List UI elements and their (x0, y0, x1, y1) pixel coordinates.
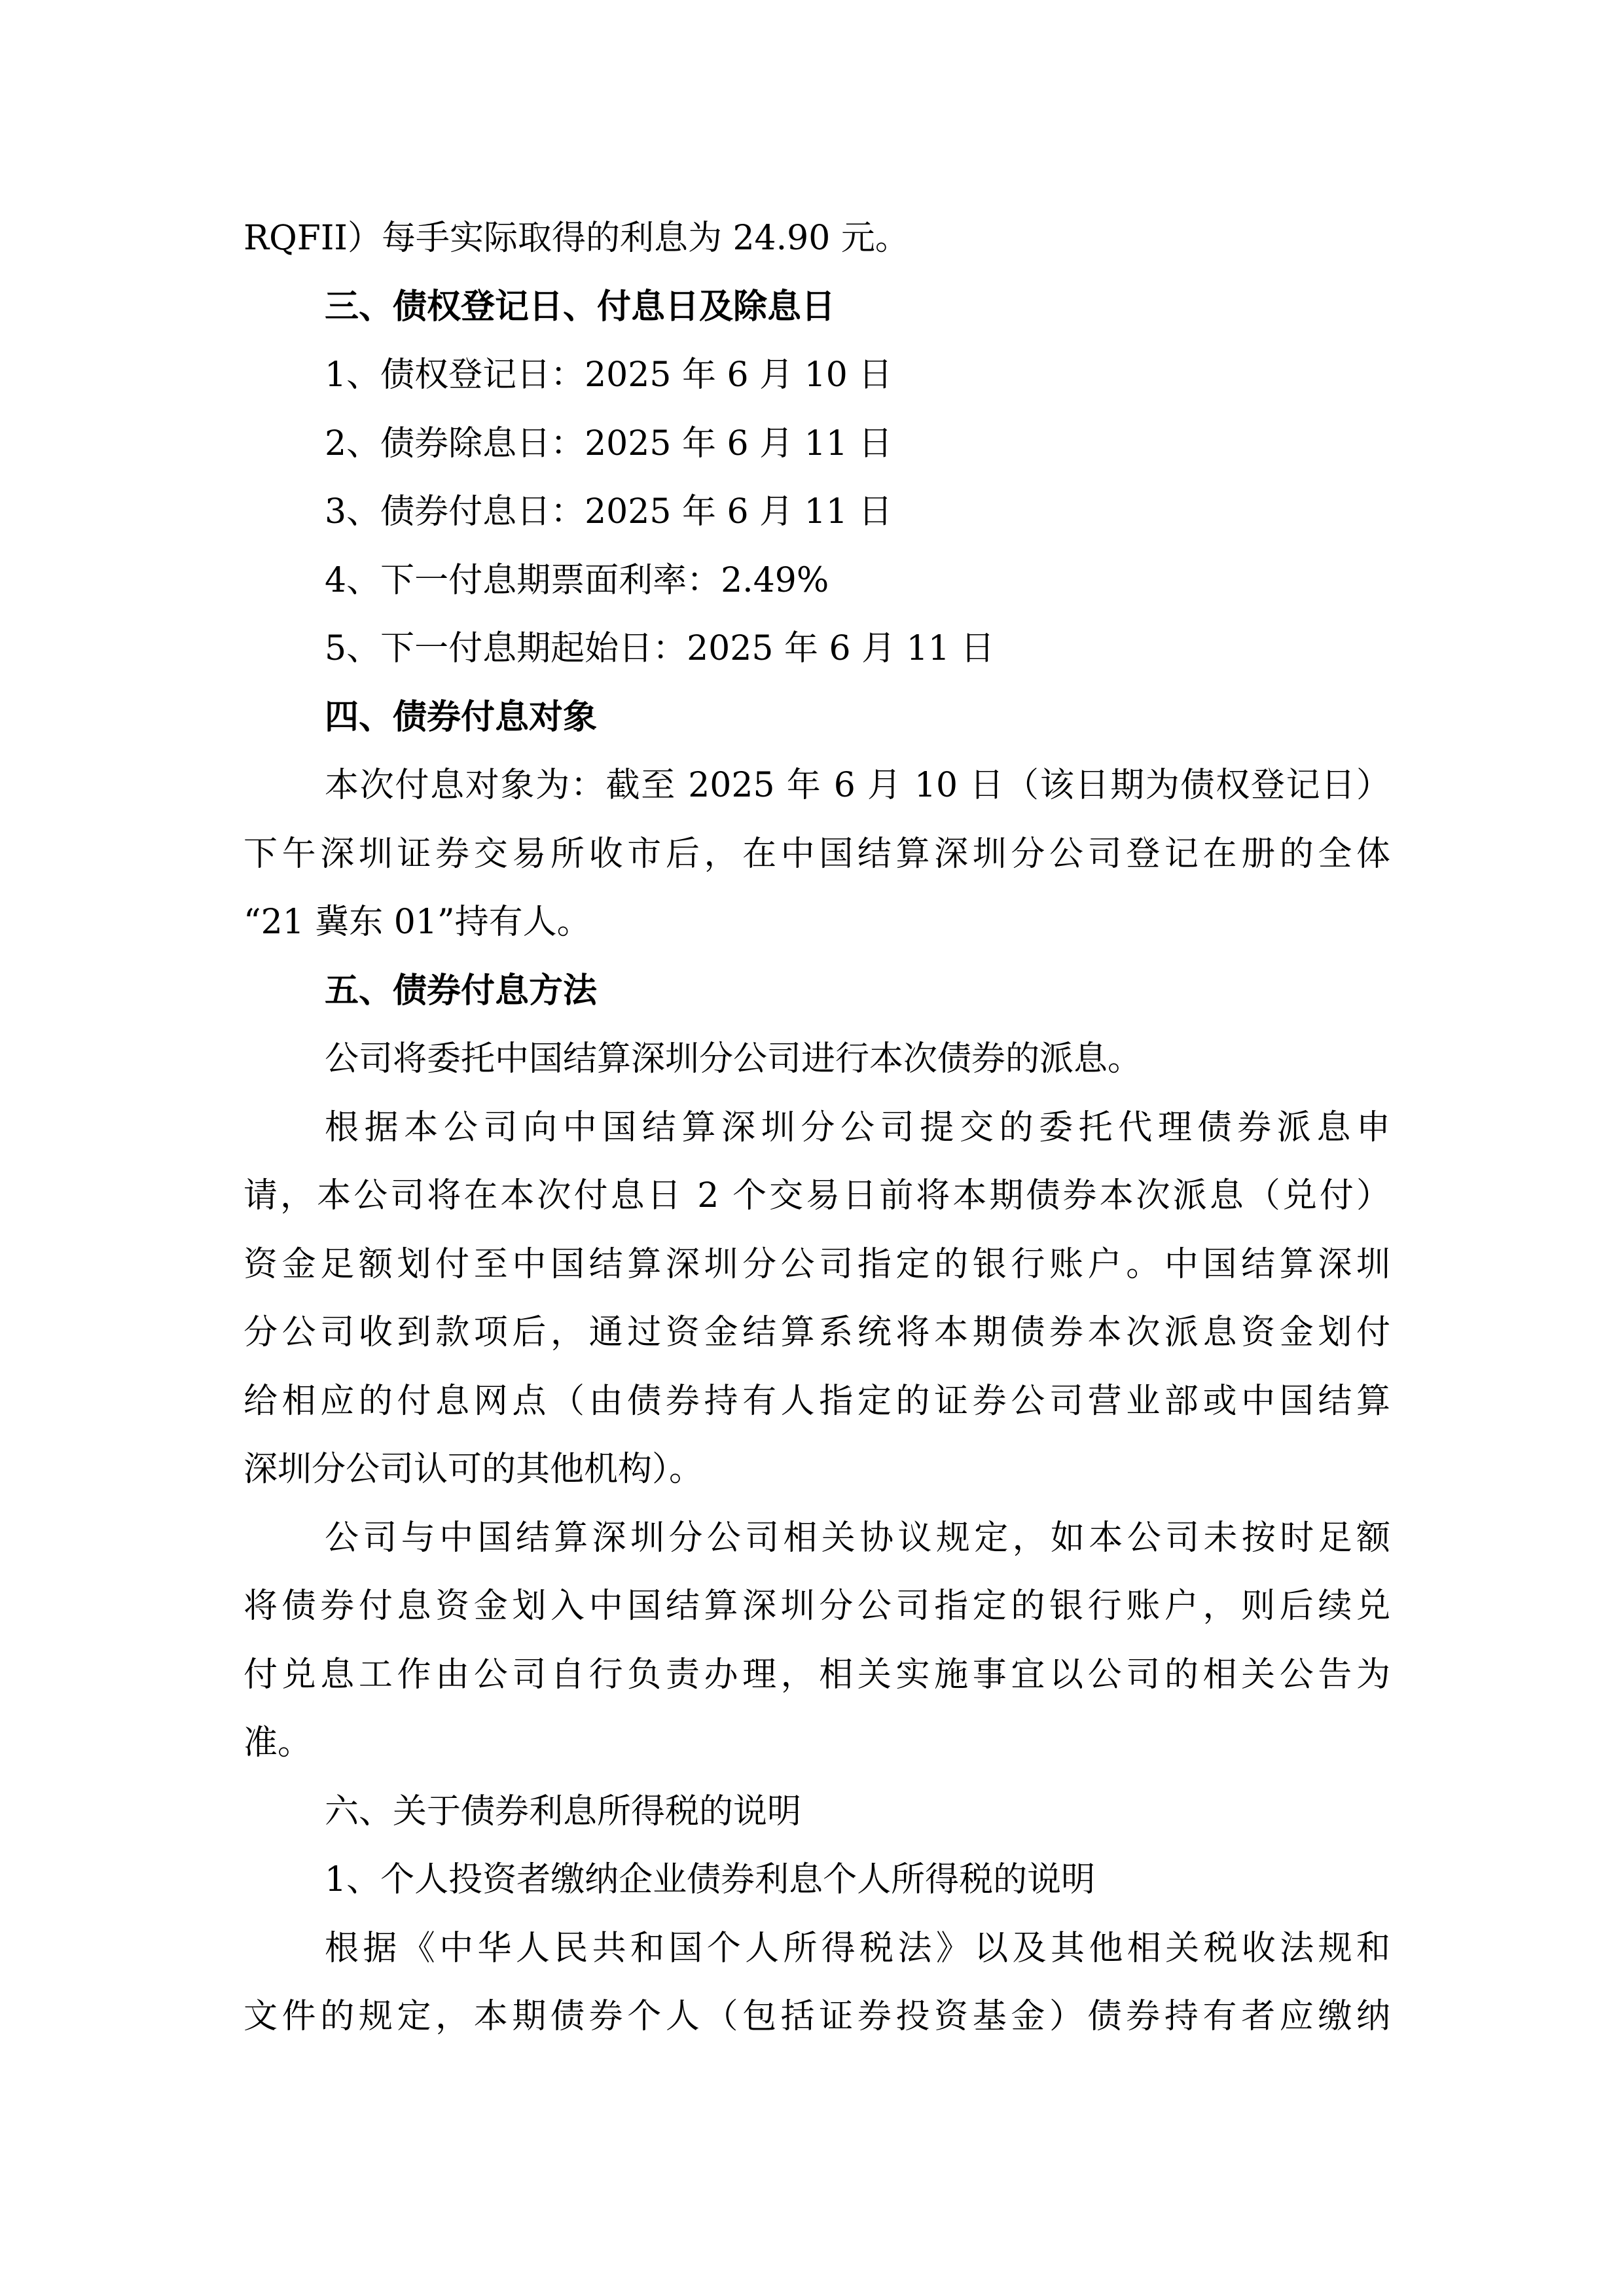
section-6-heading: 六、关于债券利息所得税的说明 (244, 1778, 1390, 1846)
section-3-item-3: 3、债券付息日：2025 年 6 月 11 日 (244, 478, 1390, 547)
section-6-paragraph-line: 根据《中华人民共和国个人所得税法》以及其他相关税收法规和 (244, 1914, 1390, 1983)
section-5-paragraph-3-line: 付兑息工作由公司自行负责办理，相关实施事宜以公司的相关公告为 (244, 1641, 1390, 1710)
continuation-line: RQFII）每手实际取得的利息为 24.90 元。 (244, 204, 1390, 273)
section-4-heading: 四、债券付息对象 (244, 683, 1390, 752)
document-page: RQFII）每手实际取得的利息为 24.90 元。 三、债权登记日、付息日及除息… (244, 204, 1390, 2051)
section-5-paragraph-2-line: 分公司收到款项后，通过资金结算系统将本期债券本次派息资金划付 (244, 1299, 1390, 1367)
section-5-heading: 五、债券付息方法 (244, 957, 1390, 1026)
section-5-paragraph-2-line: 给相应的付息网点（由债券持有人指定的证券公司营业部或中国结算 (244, 1367, 1390, 1436)
section-6-paragraph-line: 文件的规定，本期债券个人（包括证券投资基金）债券持有者应缴纳 (244, 1982, 1390, 2051)
section-5-paragraph-3-line: 准。 (244, 1709, 1390, 1778)
section-6-subheading: 1、个人投资者缴纳企业债券利息个人所得税的说明 (244, 1846, 1390, 1914)
section-5-paragraph-2-line: 根据本公司向中国结算深圳分公司提交的委托代理债券派息申 (244, 1094, 1390, 1162)
section-5-paragraph-2-line: 请，本公司将在本次付息日 2 个交易日前将本期债券本次派息（兑付） (244, 1162, 1390, 1230)
section-3-item-2: 2、债券除息日：2025 年 6 月 11 日 (244, 410, 1390, 478)
section-3-item-5: 5、下一付息期起始日：2025 年 6 月 11 日 (244, 615, 1390, 683)
section-4-paragraph-line: 本次付息对象为：截至 2025 年 6 月 10 日（该日期为债权登记日） (244, 751, 1390, 820)
section-3-heading: 三、债权登记日、付息日及除息日 (244, 273, 1390, 342)
section-5-paragraph-2-line: 深圳分公司认可的其他机构）。 (244, 1435, 1390, 1504)
section-4-paragraph-line: “21 冀东 01”持有人。 (244, 888, 1390, 957)
section-5-paragraph-3-line: 公司与中国结算深圳分公司相关协议规定，如本公司未按时足额 (244, 1504, 1390, 1573)
section-4-paragraph-line: 下午深圳证券交易所收市后，在中国结算深圳分公司登记在册的全体 (244, 820, 1390, 889)
section-3-item-1: 1、债权登记日：2025 年 6 月 10 日 (244, 341, 1390, 410)
section-3-item-4: 4、下一付息期票面利率：2.49% (244, 547, 1390, 615)
section-5-paragraph-3-line: 将债券付息资金划入中国结算深圳分公司指定的银行账户，则后续兑 (244, 1572, 1390, 1641)
section-5-paragraph-2-line: 资金足额划付至中国结算深圳分公司指定的银行账户。中国结算深圳 (244, 1230, 1390, 1299)
section-5-paragraph-1: 公司将委托中国结算深圳分公司进行本次债券的派息。 (244, 1025, 1390, 1094)
